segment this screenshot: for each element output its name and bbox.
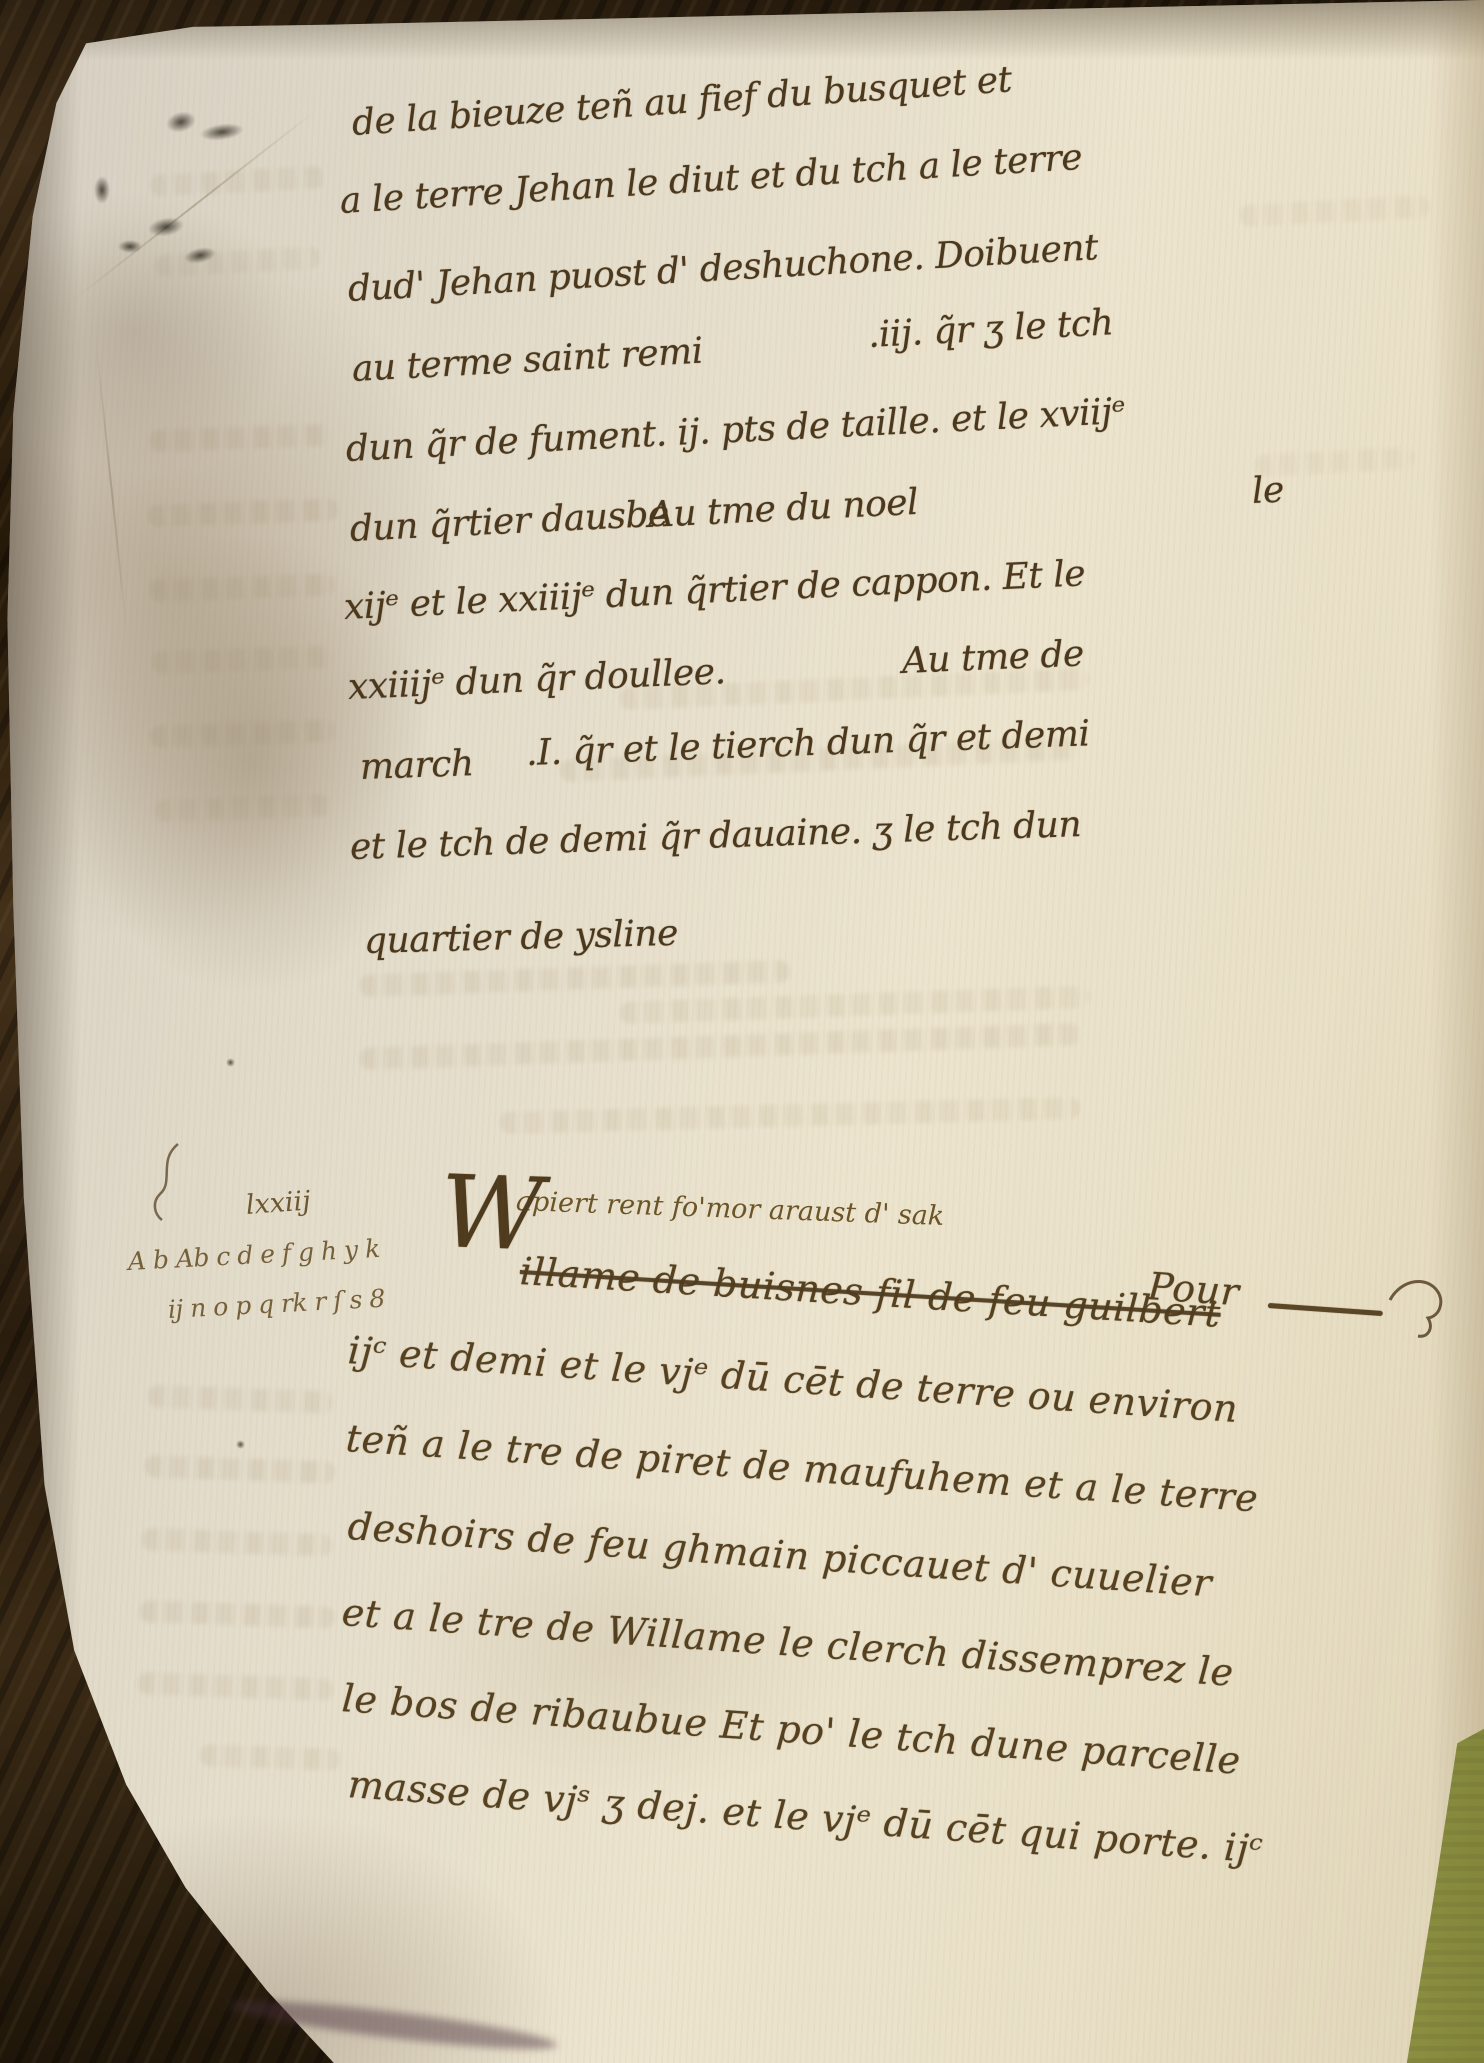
ink-smudge: [199, 121, 245, 143]
parchment-crease: [95, 341, 128, 640]
bleed-through-ghost-line: [154, 246, 320, 277]
bleed-through-ghost-line: [560, 737, 1080, 782]
text-line: dun q̃rtier dausbe: [349, 490, 670, 554]
bleed-through-ghost-line: [620, 668, 1091, 710]
marginal-curl-mark: [148, 1142, 182, 1232]
text-line: et le tch de demi q̃r dauaine. ʒ le tch …: [349, 801, 1082, 872]
bleed-through-ghost-line: [138, 1672, 334, 1701]
text-line: march: [359, 740, 474, 792]
opening-initial: W: [438, 1162, 544, 1266]
bleed-through-ghost-line: [155, 794, 331, 822]
text-line: .I. q̃r et le tierch dun q̃r et demi: [525, 710, 1090, 778]
text-line: au terme saint remi: [351, 328, 704, 394]
line-filler-hook: [1388, 1272, 1450, 1344]
pen-trial-alphabet: ij n o p q rk r ſ s 8: [167, 1275, 386, 1334]
bleed-through-ghost-line: [1239, 195, 1430, 227]
bleed-through-ghost-line: [200, 1744, 341, 1771]
text-line: deshoirs de feu ghmain piccauet d' cuuel…: [346, 1502, 1213, 1607]
text-line: Au tme du noel: [647, 479, 919, 540]
bleed-through-ghost-line: [145, 1455, 336, 1484]
struck-text: illame de buisnes fil de feu guilbert: [519, 1247, 1223, 1338]
ink-smudge: [147, 215, 186, 239]
parchment-crease: [71, 109, 317, 301]
ink-dot: [236, 1440, 245, 1449]
bleed-through-ghost-line: [360, 1023, 1080, 1070]
bleed-through-ghost-line: [620, 986, 1090, 1024]
manuscript-page: de la bieuze teñ au fief du busquet et a…: [0, 0, 1484, 2063]
text-line: ijᶜ et demi et le vjᵉ dū cēt de terre ou…: [346, 1326, 1239, 1433]
text-line: dun q̃r de fument. ij. pts de taille. et…: [345, 388, 1126, 474]
bleed-through-ghost-line: [148, 498, 339, 527]
text-line: et a le tre de Willame le clerch dissemp…: [340, 1588, 1235, 1697]
folio-number: lxxiij: [244, 1178, 312, 1230]
interlinear-note: apiert rent fo'mor araust d' sak: [515, 1178, 945, 1241]
bleed-through-ghost-line: [140, 1600, 336, 1629]
text-line: de la bieuze teñ au fief du busquet et: [350, 56, 1013, 148]
bleed-through-ghost-line: [150, 720, 336, 748]
text-line: quartier de ysline: [363, 910, 678, 966]
text-line: le bos de ribaubue Et po' le tch dune pa…: [340, 1674, 1242, 1785]
text-line: masse de vjˢ ʒ dej. et le vjᵉ dū cēt qui…: [346, 1760, 1264, 1873]
bleed-through-ghost-line: [142, 1528, 333, 1557]
text-line: .iij. q̃r ʒ le tch: [867, 299, 1115, 360]
text-line: xijᵉ et le xxiiijᵉ dun q̃rtier de cappon…: [343, 550, 1086, 632]
pen-trial-alphabet: A b Ab c d e f g h y k: [127, 1225, 381, 1286]
ink-smudge: [164, 108, 198, 135]
text-line: Au tme de: [901, 630, 1085, 686]
bleed-through-ghost-line: [148, 1385, 334, 1413]
line-filler-dash: [1268, 1303, 1383, 1316]
text-line: le: [1251, 466, 1285, 515]
text-line: dud' Jehan puost d' deshuchone. Doibuent: [347, 224, 1100, 314]
text-line: teñ a le tre de piret de maufuhem et a l…: [344, 1414, 1259, 1522]
bleed-through-ghost-line: [152, 646, 333, 674]
ink-dot: [226, 1058, 235, 1067]
text-line: a le terre Jehan le diut et du tch a le …: [339, 134, 1084, 226]
bleed-through-ghost-line: [150, 424, 331, 452]
ink-smudge: [118, 240, 142, 253]
text-line: Pour: [1146, 1262, 1241, 1316]
bleed-through-ghost-line: [360, 960, 791, 997]
ink-smudge: [94, 176, 110, 204]
text-line: xxiiijᵉ dun q̃r doullee.: [347, 648, 726, 712]
bleed-through-ghost-line: [150, 574, 336, 602]
bleed-through-ghost-line: [1254, 447, 1415, 477]
ink-smudge: [183, 245, 217, 266]
manuscript-photo: de la bieuze teñ au fief du busquet et a…: [0, 0, 1484, 2063]
bleed-through-ghost-line: [149, 166, 325, 197]
bleed-through-ghost-line: [500, 1097, 1080, 1134]
